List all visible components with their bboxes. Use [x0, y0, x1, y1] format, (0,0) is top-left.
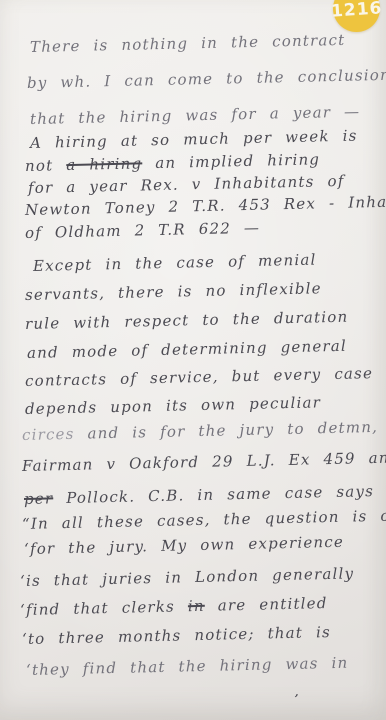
struck-text: per [24, 489, 54, 508]
handwritten-text: not [25, 156, 67, 175]
manuscript-line: of Oldham 2 T.R 622 — [25, 219, 261, 242]
manuscript-line: Except in the case of menial [33, 251, 317, 275]
manuscript-line: Newton Toney 2 T.R. 453 Rex - Inhab.ts [25, 192, 386, 219]
manuscript-line: Fairman v Oakford 29 L.J. Ex 459 and [22, 448, 386, 475]
handwritten-text: Except in the case of menial [33, 251, 317, 275]
manuscript-line: ‘is that juries in London generally [20, 564, 355, 590]
manuscript-line: and mode of determining general [27, 337, 347, 362]
handwritten-text: ‘to three months notice; that is [22, 623, 331, 648]
manuscript-line: by wh. I can come to the conclusion [27, 66, 386, 92]
manuscript-line: “In all these cases, the question is one [22, 506, 386, 533]
manuscript-line: depends upon its own peculiar [25, 393, 321, 418]
manuscript: There is nothing in the contractby wh. I… [0, 0, 386, 720]
handwritten-text: and mode of determining general [27, 337, 347, 362]
handwritten-text: ‘find that clerks [20, 597, 188, 619]
handwritten-text: ‘they find that the hiring was in [26, 654, 349, 679]
manuscript-line: for a year Rex. v Inhabitants of [28, 172, 345, 197]
handwritten-text: of Oldham 2 T.R 622 — [25, 219, 261, 242]
manuscript-line: rule with respect to the duration [25, 308, 349, 333]
handwritten-text: and is for the jury to detmn, [74, 418, 378, 443]
handwritten-text: “In all these cases, the question is one [22, 506, 386, 533]
manuscript-line: circes and is for the jury to detmn, [22, 418, 378, 444]
handwritten-text: Fairman v Oakford 29 L.J. Ex 459 and [22, 448, 386, 475]
handwritten-text: an implied hiring [142, 150, 320, 172]
manuscript-line: ‘find that clerks in are entitled [20, 594, 328, 619]
manuscript-line: There is nothing in the contract [30, 31, 346, 56]
handwritten-text: ‘is that juries in London generally [20, 564, 355, 590]
handwritten-text: ‘for the jury. My own experience [24, 533, 344, 558]
manuscript-line: contracts of service, but every case [25, 364, 373, 390]
handwritten-text: A hiring at so much per week is [30, 127, 358, 152]
handwritten-text: for a year Rex. v Inhabitants of [28, 172, 345, 197]
handwritten-text: Newton Toney 2 T.R. 453 Rex - Inhab. [25, 192, 386, 219]
struck-text: in [188, 597, 205, 615]
handwritten-text: Pollock. C.B. in same case says [53, 482, 374, 507]
manuscript-line: servants, there is no inflexible [25, 279, 322, 304]
handwritten-text: depends upon its own peculiar [25, 393, 321, 418]
handwritten-text: circes [22, 425, 75, 444]
handwritten-text: by wh. I can come to the conclusion [27, 66, 386, 92]
handwritten-text: that the hiring was for a year — [30, 103, 361, 128]
handwritten-text: There is nothing in the contract [30, 31, 346, 56]
manuscript-line: not a hiring an implied hiring [25, 150, 321, 175]
manuscript-line: per Pollock. C.B. in same case says [24, 482, 374, 508]
handwritten-text: contracts of service, but every case [25, 364, 373, 390]
manuscript-line: that the hiring was for a year — [30, 103, 361, 128]
handwritten-text: rule with respect to the duration [25, 308, 349, 333]
manuscript-page: 1216 There is nothing in the contractby … [0, 0, 386, 720]
manuscript-line: ‘for the jury. My own experience [24, 533, 344, 558]
manuscript-line: A hiring at so much per week is [30, 127, 358, 152]
manuscript-line: ‘they find that the hiring was in [26, 654, 349, 679]
handwritten-text: are entitled [205, 594, 328, 615]
struck-text: a hiring [66, 154, 142, 174]
handwritten-text: servants, there is no inflexible [25, 279, 322, 304]
manuscript-line: ‘to three months notice; that is [22, 623, 331, 648]
